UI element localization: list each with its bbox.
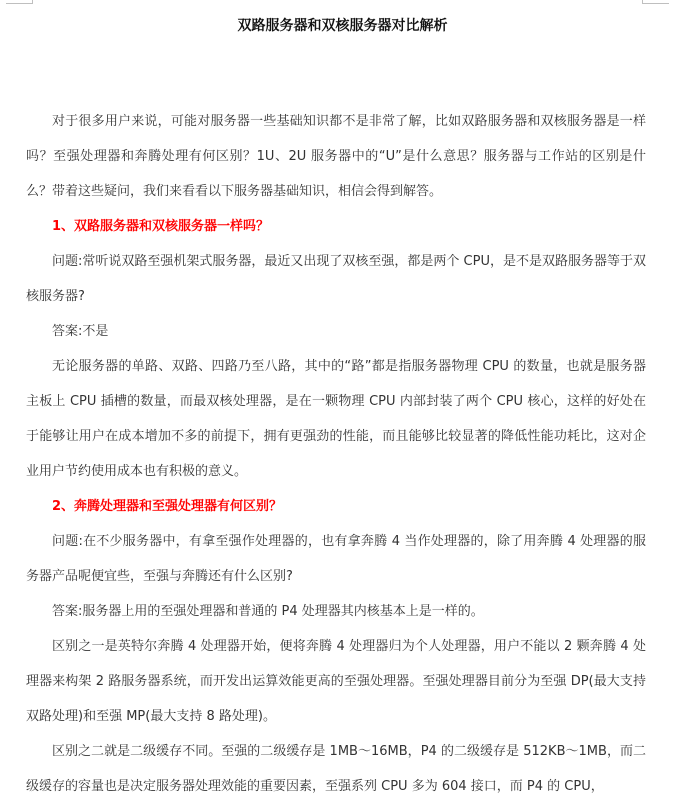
difference-paragraph-2: 区别之二就是二级缓存不同。至强的二级缓存是 1MB～16MB，P4 的二级缓存是… [26,734,646,804]
answer-paragraph-1: 答案:不是 [26,314,646,349]
page-corner-mark-left [6,0,33,4]
question-paragraph-2: 问题:在不少服务器中，有拿至强作处理器的，也有拿奔腾 4 当作处理器的，除了用奔… [26,524,646,594]
section-heading-1: 1、双路服务器和双核服务器一样吗？ [26,209,646,244]
question-paragraph-1: 问题:常听说双路至强机架式服务器，最近又出现了双核至强，都是两个 CPU，是不是… [26,244,646,314]
page-corner-mark-right [642,0,669,4]
document-body: 对于很多用户来说，可能对服务器一些基础知识都不是非常了解，比如双路服务器和双核服… [26,104,646,804]
explanation-paragraph-1: 无论服务器的单路、双路、四路乃至八路，其中的“路”都是指服务器物理 CPU 的数… [26,349,646,489]
section-heading-2: 2、奔腾处理器和至强处理器有何区别？ [26,489,646,524]
answer-paragraph-2: 答案:服务器上用的至强处理器和普通的 P4 处理器其内核基本上是一样的。 [26,594,646,629]
intro-paragraph: 对于很多用户来说，可能对服务器一些基础知识都不是非常了解，比如双路服务器和双核服… [26,104,646,209]
document-title: 双路服务器和双核服务器对比解析 [0,15,685,35]
difference-paragraph-1: 区别之一是英特尔奔腾 4 处理器开始，便将奔腾 4 处理器归为个人处理器，用户不… [26,629,646,734]
